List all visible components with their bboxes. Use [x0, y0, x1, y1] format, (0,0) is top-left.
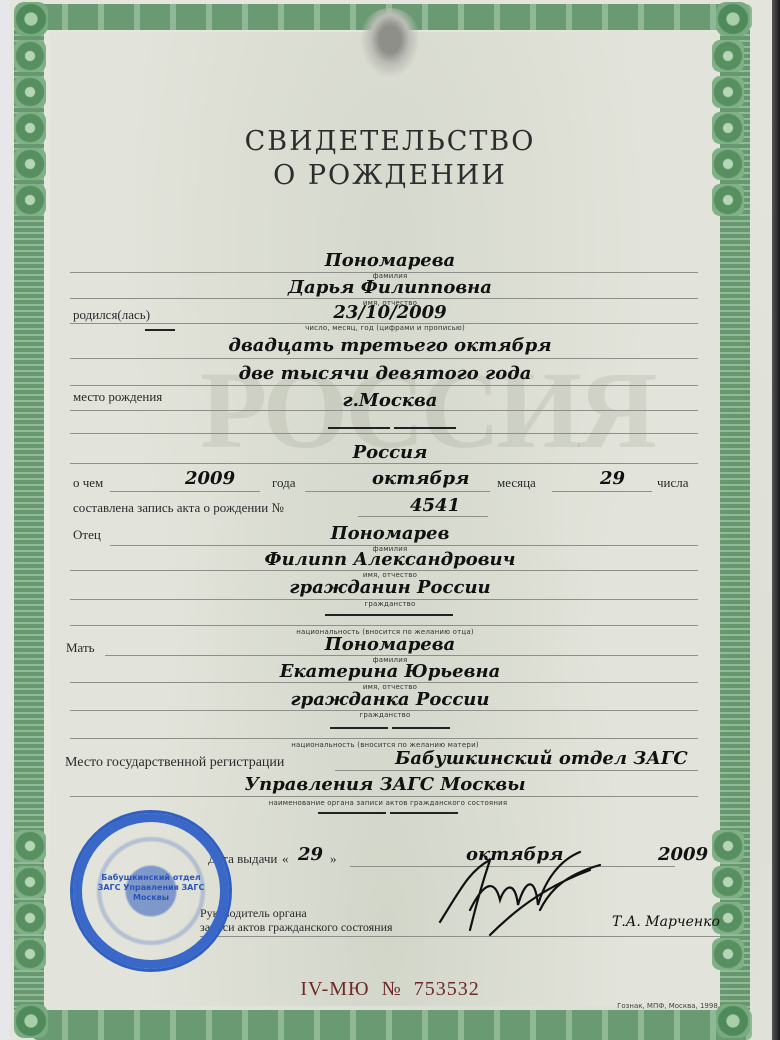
- record-day-label: числа: [657, 475, 689, 491]
- birthplace-label: место рождения: [73, 389, 162, 405]
- serial-number-sign: №: [382, 978, 402, 1000]
- document-subtitle: О РОЖДЕНИИ: [0, 160, 780, 191]
- father-citizenship: гражданин России: [289, 577, 490, 598]
- mother-citizenship-caption: гражданство: [360, 711, 411, 719]
- born-label: родился(лась): [73, 307, 150, 323]
- father-surname: Пономарев: [331, 523, 450, 544]
- ornamental-border-bottom: [32, 1010, 752, 1040]
- record-year: 2009: [185, 468, 235, 489]
- mother-surname: Пономарева: [325, 634, 455, 655]
- issue-day: 29: [298, 844, 323, 865]
- serial-number: IV-МЮ № 753532: [0, 978, 780, 1001]
- signatory-name: Т.А. Марченко: [612, 914, 720, 930]
- birthplace-country: Россия: [353, 442, 428, 463]
- corner-rosette-icon: [716, 1004, 750, 1038]
- document-title: СВИДЕТЕЛЬСТВО: [0, 126, 780, 157]
- record-month-label: месяца: [497, 475, 536, 491]
- ornament-tiles-left-bottom: [14, 830, 50, 1000]
- registration-label: Место государственной регистрации: [65, 755, 284, 771]
- birth-date-digits: 23/10/2009: [333, 302, 446, 323]
- father-label: Отец: [73, 527, 101, 543]
- corner-rosette-icon: [14, 2, 48, 36]
- birth-date-words-2: две тысячи девятого года: [239, 363, 532, 384]
- record-month: октября: [372, 468, 469, 489]
- child-name-patronymic: Дарья Филипповна: [288, 277, 492, 298]
- corner-rosette-icon: [716, 2, 750, 36]
- birth-date-caption: число, месяц, год (цифрами и прописью): [305, 324, 465, 332]
- issue-quote-open: «: [282, 851, 289, 867]
- father-citizenship-caption: гражданство: [365, 600, 416, 608]
- act-number-label: составлена запись акта о рождении №: [73, 500, 284, 516]
- stamp-text: Бабушкинский отдел ЗАГС Управления ЗАГС …: [91, 873, 211, 903]
- child-surname: Пономарева: [325, 250, 455, 271]
- issue-quote-close: »: [330, 851, 337, 867]
- serial-digits: 753532: [414, 978, 480, 1000]
- record-about-label: о чем: [73, 475, 103, 491]
- mother-name-patronymic: Екатерина Юрьевна: [280, 661, 500, 682]
- signatory-label-line2: записи актов гражданского состояния: [200, 920, 393, 935]
- registration-office-line1: Бабушкинский отдел ЗАГС: [395, 748, 688, 769]
- mother-citizenship: гражданка России: [291, 689, 490, 710]
- issue-year: 2009: [658, 844, 708, 865]
- registration-office-line2: Управления ЗАГС Москвы: [244, 774, 525, 795]
- registration-caption: наименование органа записи актов граждан…: [269, 799, 508, 807]
- coat-of-arms-icon: [360, 8, 420, 78]
- signature: [430, 850, 610, 940]
- record-year-label: года: [272, 475, 296, 491]
- official-stamp: Бабушкинский отдел ЗАГС Управления ЗАГС …: [70, 810, 232, 972]
- printer-mark: Гознак, МПФ, Москва, 1998.: [617, 1002, 720, 1010]
- mother-label: Мать: [66, 640, 95, 656]
- birth-date-words-1: двадцать третьего октября: [228, 335, 551, 356]
- corner-rosette-icon: [14, 1004, 48, 1038]
- birthplace-city: г.Москва: [343, 390, 438, 411]
- record-day: 29: [600, 468, 625, 489]
- father-name-patronymic: Филипп Александрович: [265, 549, 516, 570]
- serial-series: IV-МЮ: [300, 978, 369, 1000]
- act-number: 4541: [410, 495, 460, 516]
